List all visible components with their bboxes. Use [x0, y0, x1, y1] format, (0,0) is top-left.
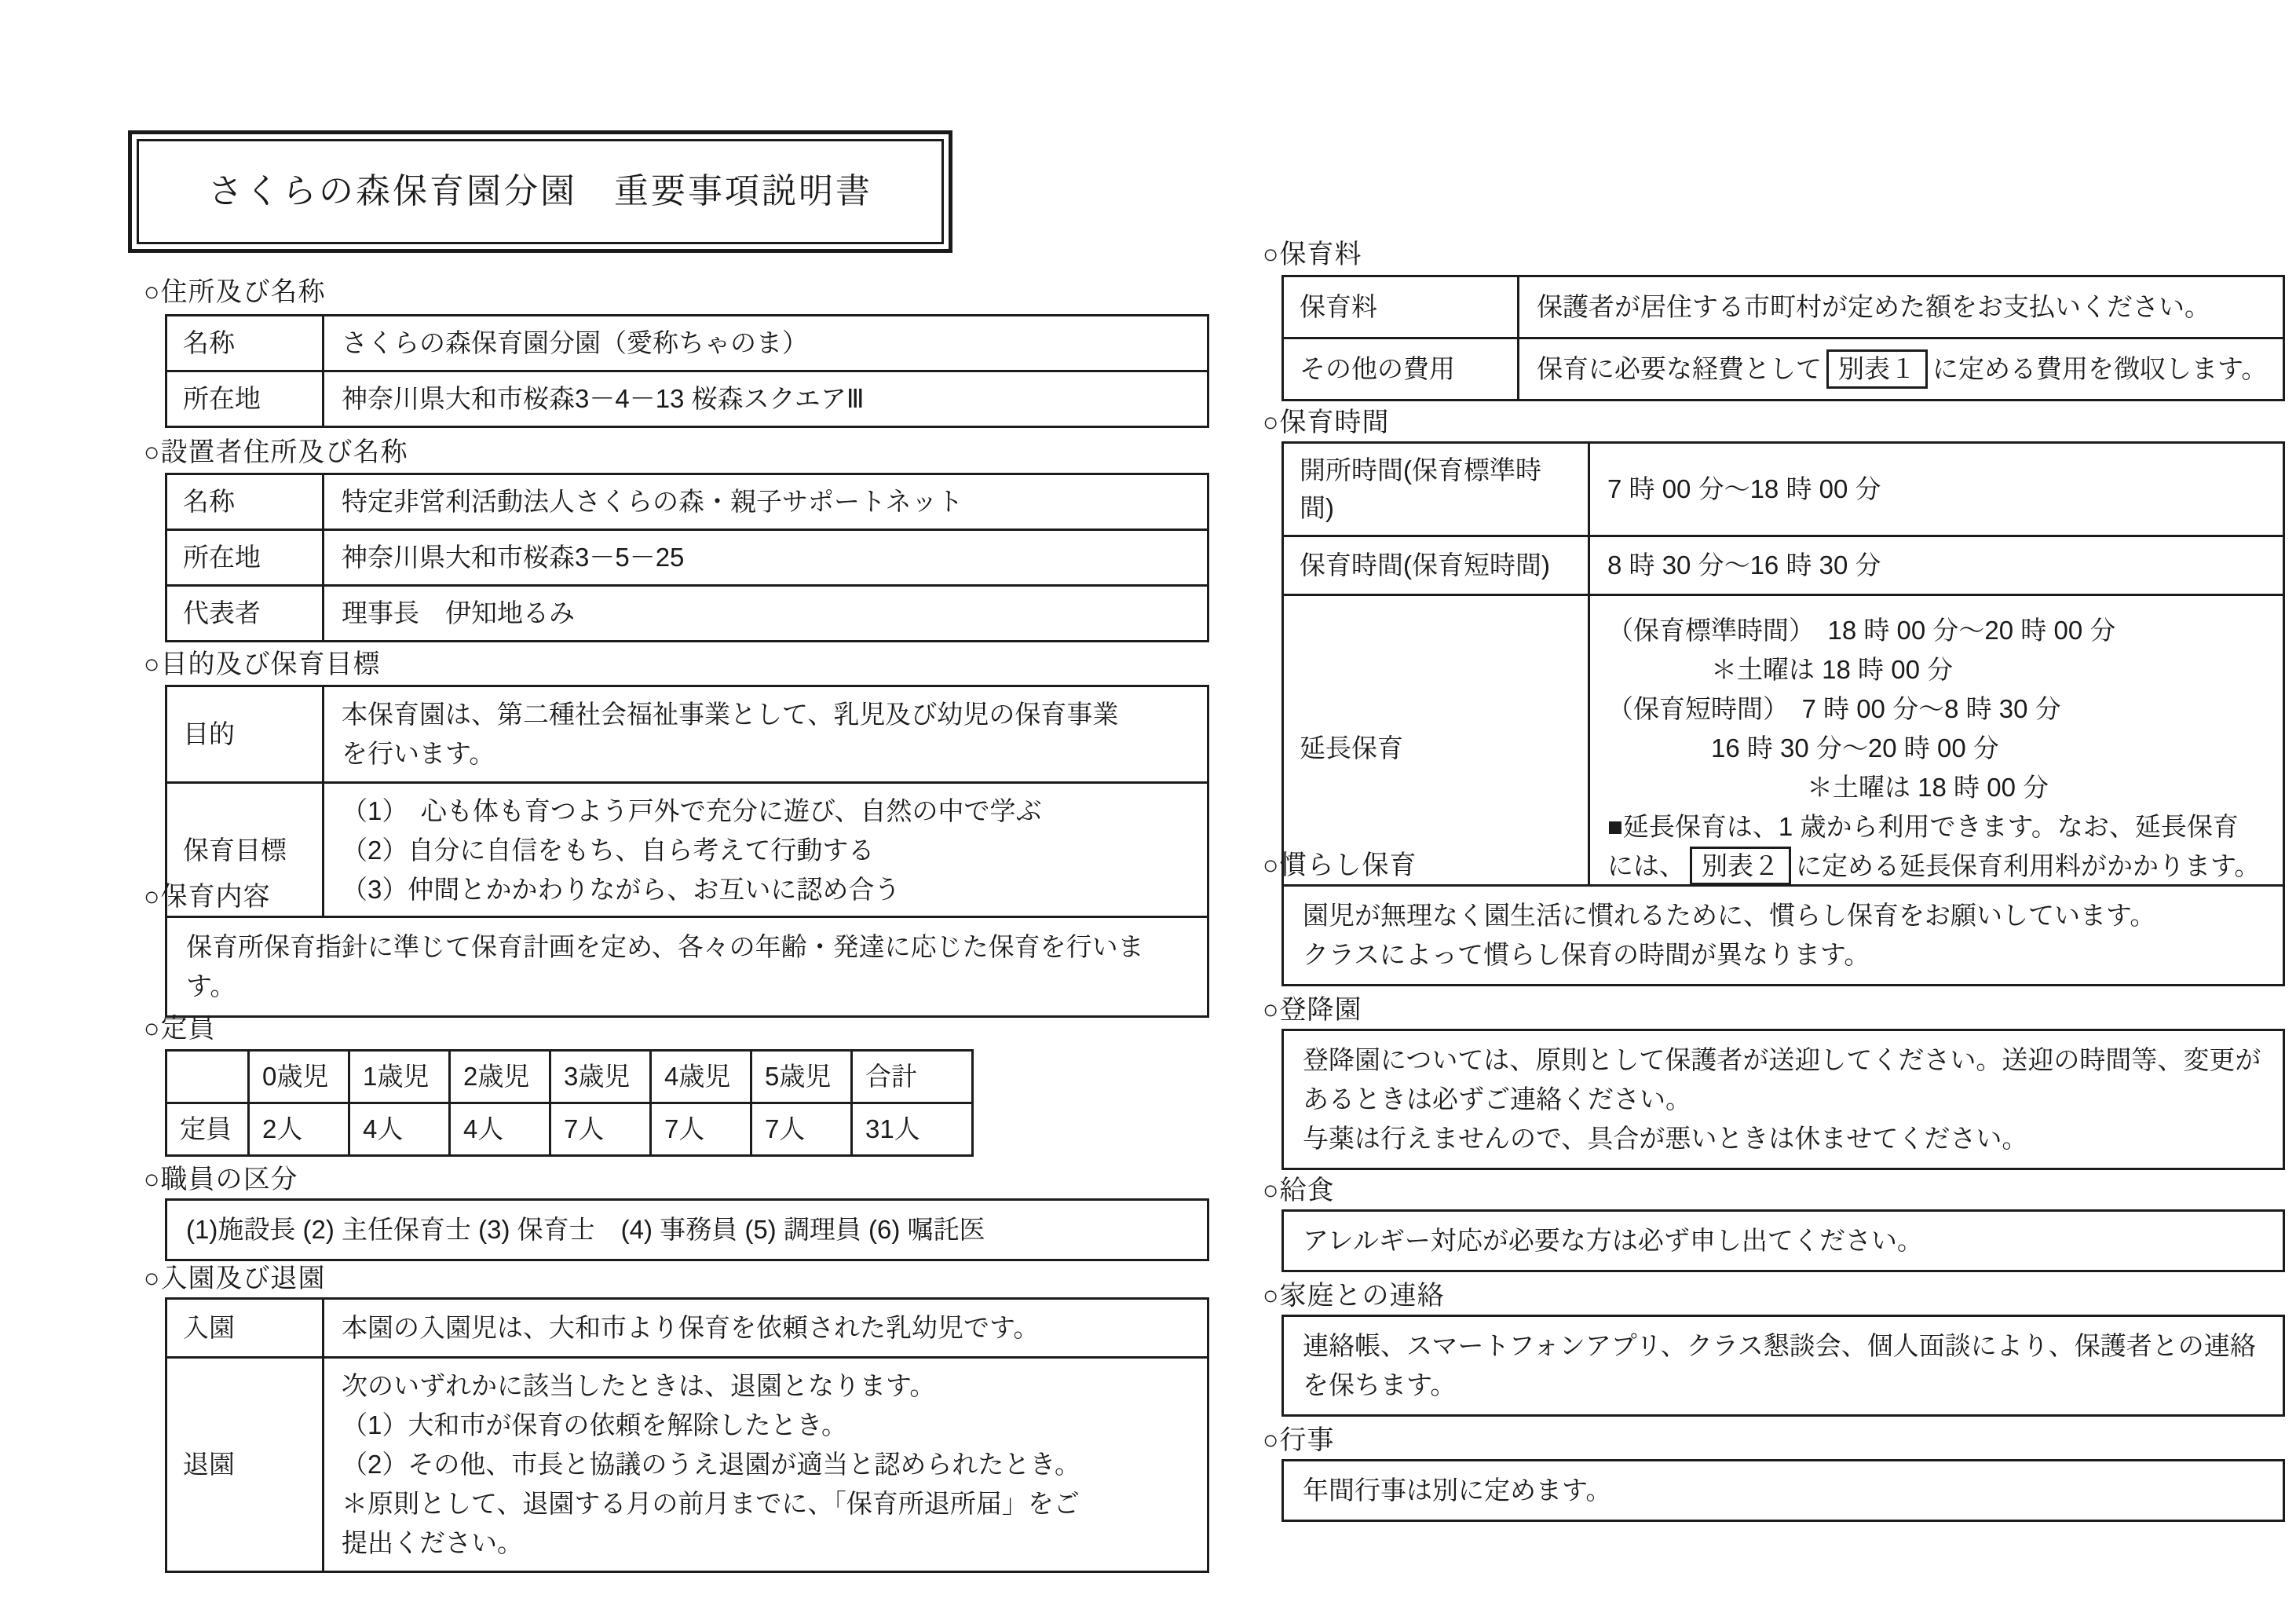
- section-heading-purpose: ○目的及び保育目標: [144, 646, 381, 684]
- text-line: （3）仲間とかかわりながら、お互いに認め合う: [342, 870, 900, 909]
- text-line: （保育標準時間） 18 時 00 分～20 時 00 分: [1607, 611, 2115, 650]
- text-line: 登降園については、原則として保護者が送迎してください。送迎の時間等、変更が: [1303, 1041, 2264, 1080]
- text-line: ■延長保育は、1 歳から利用できます。なお、延長保育: [1607, 807, 2239, 847]
- section-heading-staff: ○職員の区分: [144, 1161, 298, 1199]
- section-heading-trial-care: ○慣らし保育: [1263, 847, 1417, 885]
- column-header: 1歳児: [350, 1052, 451, 1102]
- table-row: 所在地 神奈川県大和市桜森3－4－13 桜森スクエアⅢ: [167, 370, 1207, 426]
- row-value: 本園の入園児は、大和市より保育を依頼された乳幼児です。: [324, 1300, 1207, 1356]
- capacity-value: 4人: [451, 1104, 551, 1154]
- text-line: （1）大和市が保育の依頼を解除したとき。: [342, 1406, 847, 1445]
- capacity-value: 2人: [250, 1104, 350, 1154]
- table-row: 所在地 神奈川県大和市桜森3－5－25: [167, 529, 1207, 584]
- row-label: 名称: [167, 475, 324, 529]
- enrollment-table: 入園 本園の入園児は、大和市より保育を依頼された乳幼児です。 退園 次のいずれか…: [165, 1297, 1209, 1573]
- row-value: 神奈川県大和市桜森3－4－13 桜森スクエアⅢ: [324, 372, 1207, 426]
- section-heading-founder: ○設置者住所及び名称: [144, 433, 408, 472]
- column-header: 合計: [853, 1052, 977, 1102]
- staff-text: (1)施設長 (2) 主任保育士 (3) 保育士 (4) 事務員 (5) 調理員…: [186, 1210, 1188, 1249]
- table-row: 延長保育 （保育標準時間） 18 時 00 分～20 時 00 分 ＊土曜は 1…: [1284, 594, 2283, 901]
- text-line: 次のいずれかに該当したときは、退園となります。: [342, 1366, 935, 1406]
- row-label: その他の費用: [1284, 339, 1519, 399]
- table-row: 開所時間(保育標準時間) 7 時 00 分～18 時 00 分: [1284, 444, 2283, 535]
- section-heading-capacity: ○定員: [144, 1010, 216, 1048]
- text-line: 連絡帳、スマートフォンアプリ、クラス懇談会、個人面談により、保護者との連絡: [1303, 1326, 2264, 1366]
- text-line: 保育所保育指針に準じて保育計画を定め、各々の年齢・発達に応じた保育を行いま: [186, 927, 1188, 967]
- text-line: を行います。: [342, 734, 495, 774]
- text-line: （2）自分に自信をもち、自ら考えて行動する: [342, 831, 874, 870]
- events-text: 年間行事は別に定めます。: [1303, 1471, 2264, 1510]
- text-line: クラスによって慣らし保育の時間が異なります。: [1303, 935, 2264, 975]
- section-heading-fees: ○保育料: [1263, 236, 1362, 274]
- extended-care-note: には、別表２に定める延長保育利用料がかかります。: [1607, 847, 2260, 886]
- meals-text: アレルギー対応が必要な方は必ず申し出てください。: [1303, 1221, 2264, 1260]
- capacity-table: 0歳児 1歳児 2歳児 3歳児 4歳児 5歳児 合計 定員 2人 4人 4人 7…: [165, 1049, 974, 1157]
- fee-note-prefix: 保育に必要な経費として: [1537, 350, 1822, 388]
- events-box: 年間行事は別に定めます。: [1281, 1459, 2285, 1522]
- table-row: その他の費用 保育に必要な経費として別表１に定める費用を徴収します。: [1284, 337, 2283, 399]
- table-row: 代表者 理事長 伊知地るみ: [167, 584, 1207, 640]
- text-line: す。: [186, 967, 1188, 1006]
- row-value: 理事長 伊知地るみ: [324, 587, 1207, 640]
- text-line: 園児が無理なく園生活に慣れるために、慣らし保育をお願いしています。: [1303, 896, 2264, 935]
- row-label: 入園: [167, 1300, 324, 1356]
- capacity-header-row: 0歳児 1歳児 2歳児 3歳児 4歳児 5歳児 合計: [167, 1052, 971, 1102]
- fees-table: 保育料 保護者が居住する市町村が定めた額をお支払いください。 その他の費用 保育…: [1281, 275, 2285, 401]
- row-value: 特定非営利活動法人さくらの森・親子サポートネット: [324, 475, 1207, 529]
- document-title-box: さくらの森保育園分園 重要事項説明書: [128, 130, 952, 253]
- text-line: ＊土曜は 18 時 00 分: [1607, 650, 1953, 689]
- table-row: 退園 次のいずれかに該当したときは、退園となります。 （1）大和市が保育の依頼を…: [167, 1356, 1207, 1571]
- text-line: あるときは必ずご連絡ください。: [1303, 1080, 2264, 1119]
- table-row: 名称 特定非営利活動法人さくらの森・親子サポートネット: [167, 475, 1207, 529]
- row-label: 保育時間(保育短時間): [1284, 537, 1590, 594]
- column-header: 5歳児: [752, 1052, 853, 1102]
- care-content-box: 保育所保育指針に準じて保育計画を定め、各々の年齢・発達に応じた保育を行いま す。: [165, 916, 1209, 1018]
- row-value: 神奈川県大和市桜森3－5－25: [324, 531, 1207, 584]
- column-header: 2歳児: [451, 1052, 551, 1102]
- row-value: 次のいずれかに該当したときは、退園となります。 （1）大和市が保育の依頼を解除し…: [324, 1359, 1207, 1571]
- capacity-value: 7人: [652, 1104, 752, 1154]
- row-label: 開所時間(保育標準時間): [1284, 444, 1590, 535]
- table-row: 保育目標 （1） 心も体も育つよう戸外で充分に遊び、自然の中で学ぶ （2）自分に…: [167, 781, 1207, 917]
- text-line: を保ちます。: [1303, 1366, 2264, 1405]
- capacity-value: 4人: [350, 1104, 451, 1154]
- text-line: 本保育園は、第二種社会福祉事業として、乳児及び幼児の保育事業: [342, 695, 1118, 734]
- text-line: ＊原則として、退園する月の前月までに、「保育所退所届」をご: [342, 1484, 1080, 1523]
- section-heading-address: ○住所及び名称: [144, 273, 326, 312]
- table-row: 保育料 保護者が居住する市町村が定めた額をお支払いください。: [1284, 277, 2283, 337]
- row-label: 退園: [167, 1359, 324, 1571]
- capacity-value: 7人: [752, 1104, 853, 1154]
- section-heading-enrollment: ○入園及び退園: [144, 1260, 326, 1298]
- column-header: 0歳児: [250, 1052, 350, 1102]
- row-label: 所在地: [167, 372, 324, 426]
- row-label: 定員: [167, 1104, 250, 1154]
- table-row: 名称 さくらの森保育園分園（愛称ちゃのま）: [167, 316, 1207, 370]
- row-value: （保育標準時間） 18 時 00 分～20 時 00 分 ＊土曜は 18 時 0…: [1590, 596, 2283, 901]
- fee-note-suffix: に定める費用を徴収します。: [1932, 350, 2267, 388]
- family-contact-box: 連絡帳、スマートフォンアプリ、クラス懇談会、個人面談により、保護者との連絡 を保…: [1281, 1315, 2285, 1417]
- row-value: 保護者が居住する市町村が定めた額をお支払いください。: [1519, 277, 2283, 337]
- note-suffix: に定める延長保育利用料がかかります。: [1796, 847, 2260, 885]
- table-row: 保育時間(保育短時間) 8 時 30 分～16 時 30 分: [1284, 535, 2283, 594]
- column-header: 4歳児: [652, 1052, 752, 1102]
- section-heading-dropoff: ○登降園: [1263, 991, 1362, 1030]
- staff-box: (1)施設長 (2) 主任保育士 (3) 保育士 (4) 事務員 (5) 調理員…: [165, 1198, 1209, 1261]
- meals-box: アレルギー対応が必要な方は必ず申し出てください。: [1281, 1209, 2285, 1272]
- text-line: （保育短時間） 7 時 00 分～8 時 30 分: [1607, 689, 2061, 729]
- row-label: 所在地: [167, 531, 324, 584]
- column-header: [167, 1052, 250, 1102]
- section-heading-hours: ○保育時間: [1263, 404, 1390, 442]
- row-label: 代表者: [167, 587, 324, 640]
- text-line: 16 時 30 分～20 時 00 分: [1607, 729, 1999, 768]
- table-row: 目的 本保育園は、第二種社会福祉事業として、乳児及び幼児の保育事業 を行います。: [167, 687, 1207, 781]
- capacity-value: 7人: [551, 1104, 652, 1154]
- trial-care-box: 園児が無理なく園生活に慣れるために、慣らし保育をお願いしています。 クラスによっ…: [1281, 884, 2285, 986]
- capacity-data-row: 定員 2人 4人 4人 7人 7人 7人 31人: [167, 1102, 971, 1154]
- section-heading-care-content: ○保育内容: [144, 878, 271, 916]
- appendix2-reference: 別表２: [1690, 847, 1791, 885]
- purpose-table: 目的 本保育園は、第二種社会福祉事業として、乳児及び幼児の保育事業 を行います。…: [165, 685, 1209, 920]
- row-value: さくらの森保育園分園（愛称ちゃのま）: [324, 316, 1207, 370]
- capacity-value: 31人: [853, 1104, 977, 1154]
- dropoff-box: 登降園については、原則として保護者が送迎してください。送迎の時間等、変更が ある…: [1281, 1029, 2285, 1170]
- section-heading-family-contact: ○家庭との連絡: [1263, 1277, 1445, 1315]
- text-line: ＊土曜は 18 時 00 分: [1607, 768, 2049, 807]
- address-table: 名称 さくらの森保育園分園（愛称ちゃのま） 所在地 神奈川県大和市桜森3－4－1…: [165, 314, 1209, 428]
- row-value: 8 時 30 分～16 時 30 分: [1590, 537, 2283, 594]
- text-line: 与薬は行えませんので、具合が悪いときは休ませてください。: [1303, 1119, 2264, 1158]
- hours-table: 開所時間(保育標準時間) 7 時 00 分～18 時 00 分 保育時間(保育短…: [1281, 441, 2285, 903]
- appendix1-reference: 別表１: [1826, 349, 1928, 388]
- section-heading-meals: ○給食: [1263, 1172, 1335, 1210]
- row-value: 本保育園は、第二種社会福祉事業として、乳児及び幼児の保育事業 を行います。: [324, 687, 1207, 781]
- section-heading-events: ○行事: [1263, 1421, 1335, 1460]
- note-prefix: には、: [1607, 847, 1685, 885]
- row-value: 7 時 00 分～18 時 00 分: [1590, 444, 2283, 535]
- text-line: （2）その他、市長と協議のうえ退園が適当と認められたとき。: [342, 1445, 1080, 1484]
- row-label: 保育料: [1284, 277, 1519, 337]
- text-line: 提出ください。: [342, 1523, 523, 1563]
- row-value: （1） 心も体も育つよう戸外で充分に遊び、自然の中で学ぶ （2）自分に自信をもち…: [324, 784, 1207, 917]
- scanned-document-page: さくらの森保育園分園 重要事項説明書 ○住所及び名称 名称 さくらの森保育園分園…: [0, 0, 2296, 1624]
- document-title: さくらの森保育園分園 重要事項説明書: [137, 139, 944, 244]
- text-line: （1） 心も体も育つよう戸外で充分に遊び、自然の中で学ぶ: [342, 792, 1042, 831]
- founder-table: 名称 特定非営利活動法人さくらの森・親子サポートネット 所在地 神奈川県大和市桜…: [165, 473, 1209, 642]
- row-value: 保育に必要な経費として別表１に定める費用を徴収します。: [1519, 339, 2284, 399]
- column-header: 3歳児: [551, 1052, 652, 1102]
- row-label: 目的: [167, 687, 324, 781]
- table-row: 入園 本園の入園児は、大和市より保育を依頼された乳幼児です。: [167, 1300, 1207, 1356]
- row-label: 名称: [167, 316, 324, 370]
